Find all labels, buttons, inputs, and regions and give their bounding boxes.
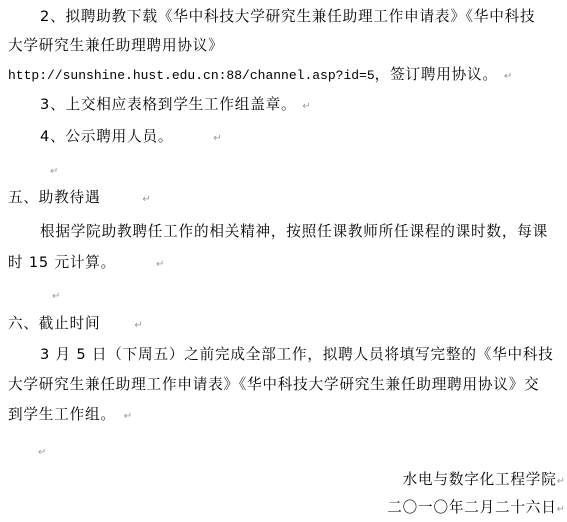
paragraph-mark-icon: ↵: [142, 194, 150, 205]
paragraph-mark-icon: ↵: [50, 166, 58, 177]
item4-line: 4、公示聘用人员。↵: [40, 127, 222, 149]
section5-body-line1: 根据学院助教聘任工作的相关精神，按照任课教师所任课程的课时数，每课: [40, 222, 548, 242]
item2-text: 2、拟聘助教下载《华中科技大学研究生兼任助理工作申请表》《华中科技: [40, 8, 535, 25]
download-url[interactable]: http://sunshine.hust.edu.cn:88/channel.a…: [8, 68, 375, 83]
paragraph-mark-icon: ↵: [557, 476, 565, 487]
item3-text: 3、上交相应表格到学生工作组盖章。: [40, 96, 296, 113]
paragraph-mark-icon: ↵: [557, 504, 565, 515]
item2-line1: 2、拟聘助教下载《华中科技大学研究生兼任助理工作申请表》《华中科技: [40, 7, 535, 27]
item2-suffix: ，签订聘用协议。: [375, 66, 498, 83]
signature-org-text: 水电与数字化工程学院: [403, 471, 557, 488]
section5-heading-text: 五、助教待遇: [8, 189, 100, 206]
section6-body-text-cont: 大学研究生兼任助理工作申请表》《华中科技大学研究生兼任助理聘用协议》交: [8, 376, 539, 393]
item2-line2: 大学研究生兼任助理聘用协议》: [8, 36, 224, 56]
paragraph-mark-icon: ↵: [504, 71, 512, 82]
section6-heading-text: 六、截止时间: [8, 315, 100, 332]
section5-heading: 五、助教待遇↵: [8, 188, 151, 210]
section6-body-line3: 到学生工作组。↵: [8, 405, 132, 427]
paragraph-mark-icon: ↵: [124, 411, 132, 422]
section6-body-text-end: 到学生工作组。: [8, 406, 116, 423]
paragraph-mark-icon: ↵: [38, 447, 46, 458]
item3-line: 3、上交相应表格到学生工作组盖章。↵: [40, 95, 311, 117]
signature-date: 二〇一〇年二月二十六日↵: [387, 498, 565, 520]
paragraph-mark-icon: ↵: [302, 101, 310, 112]
paragraph-mark-icon: ↵: [213, 133, 221, 144]
section6-body-line2: 大学研究生兼任助理工作申请表》《华中科技大学研究生兼任助理聘用协议》交: [8, 375, 539, 395]
signature-date-text: 二〇一〇年二月二十六日: [387, 499, 556, 516]
item2-line3: http://sunshine.hust.edu.cn:88/channel.a…: [8, 65, 512, 87]
section5-body-line2: 时 15 元计算。↵: [8, 253, 164, 275]
section6-body-line1: 3 月 5 日（下周五）之前完成全部工作，拟聘人员将填写完整的《华中科技: [40, 345, 554, 365]
signature-org: 水电与数字化工程学院↵: [403, 470, 565, 492]
item4-text: 4、公示聘用人员。: [40, 128, 173, 145]
paragraph-mark-icon: ↵: [156, 259, 164, 270]
empty-line: ↵: [50, 160, 58, 182]
paragraph-mark-icon: ↵: [134, 320, 142, 331]
paragraph-mark-icon: ↵: [52, 291, 60, 302]
item2-text-cont: 大学研究生兼任助理聘用协议》: [8, 37, 224, 54]
empty-line: ↵: [38, 441, 46, 463]
section5-body-text: 根据学院助教聘任工作的相关精神，按照任课教师所任课程的课时数，每课: [40, 223, 548, 240]
empty-line: ↵: [52, 285, 60, 307]
section5-body-text-cont: 时 15 元计算。: [8, 254, 116, 271]
section6-body-text: 3 月 5 日（下周五）之前完成全部工作，拟聘人员将填写完整的《华中科技: [40, 346, 554, 363]
section6-heading: 六、截止时间↵: [8, 314, 143, 336]
